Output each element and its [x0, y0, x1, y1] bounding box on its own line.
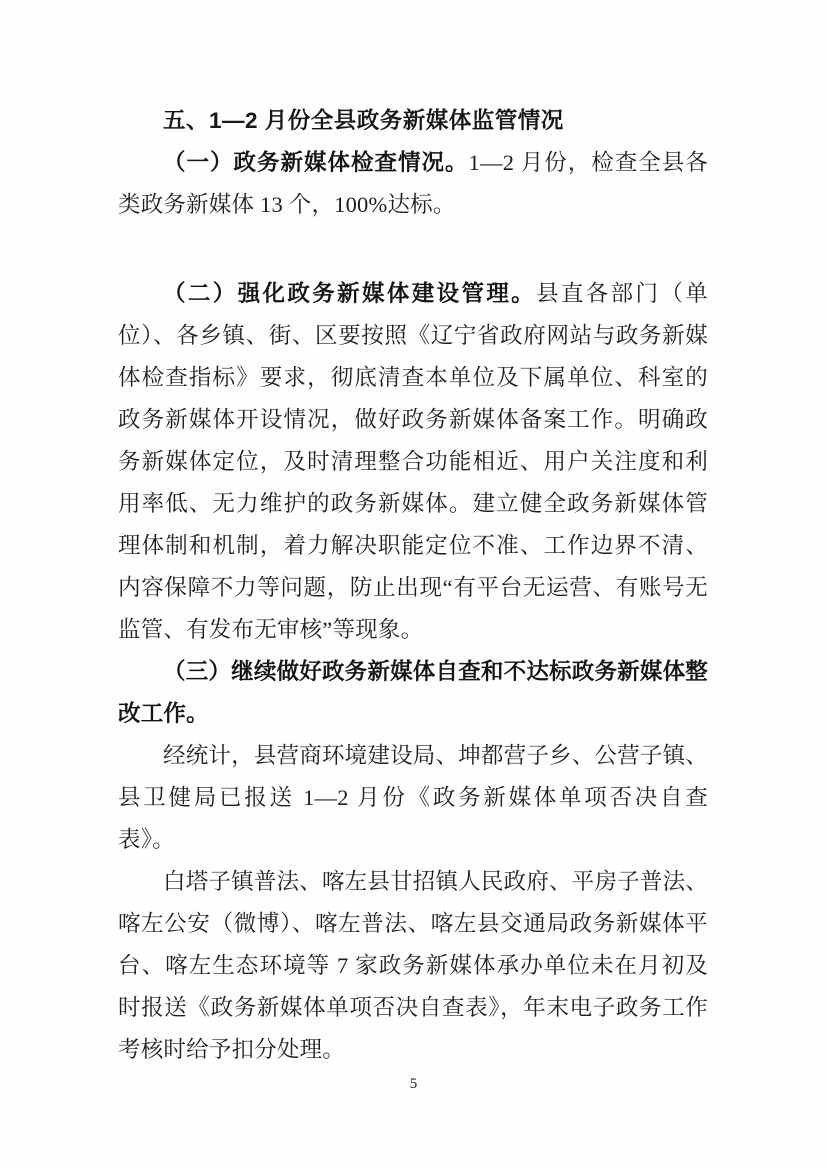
paragraph-2: （二）强化政务新媒体建设管理。县直各部门（单位）、各乡镇、街、区要按照《辽宁省政… — [118, 273, 708, 651]
paragraph-4-text: 经统计，县营商环境建设局、坤都营子乡、公营子镇、县卫健局已报送 1—2 月份《政… — [118, 743, 708, 852]
document-page: 五、1—2 月份全县政务新媒体监管情况 （一）政务新媒体检查情况。1—2 月份，… — [0, 0, 827, 1169]
paragraph-3: （三）继续做好政务新媒体自查和不达标政务新媒体整改工作。 — [118, 651, 708, 735]
paragraph-3-lead: （三）继续做好政务新媒体自查和不达标政务新媒体整改工作。 — [118, 659, 708, 726]
paragraph-2-text: 县直各部门（单位）、各乡镇、街、区要按照《辽宁省政府网站与政务新媒体检查指标》要… — [118, 281, 708, 642]
paragraph-2-lead: （二）强化政务新媒体建设管理。 — [163, 281, 536, 306]
blank-line — [118, 226, 708, 273]
paragraph-1-lead: （一）政务新媒体检查情况。 — [163, 150, 469, 175]
section-heading: 五、1—2 月份全县政务新媒体监管情况 — [118, 100, 708, 142]
page-number: 5 — [0, 1076, 827, 1093]
paragraph-5: 白塔子镇普法、喀左县甘招镇人民政府、平房子普法、喀左公安（微博）、喀左普法、喀左… — [118, 861, 708, 1071]
paragraph-5-text: 白塔子镇普法、喀左县甘招镇人民政府、平房子普法、喀左公安（微博）、喀左普法、喀左… — [118, 869, 708, 1062]
paragraph-1: （一）政务新媒体检查情况。1—2 月份，检查全县各类政务新媒体 13 个，100… — [118, 142, 708, 226]
paragraph-4: 经统计，县营商环境建设局、坤都营子乡、公营子镇、县卫健局已报送 1—2 月份《政… — [118, 735, 708, 861]
page-content: 五、1—2 月份全县政务新媒体监管情况 （一）政务新媒体检查情况。1—2 月份，… — [118, 100, 708, 1071]
